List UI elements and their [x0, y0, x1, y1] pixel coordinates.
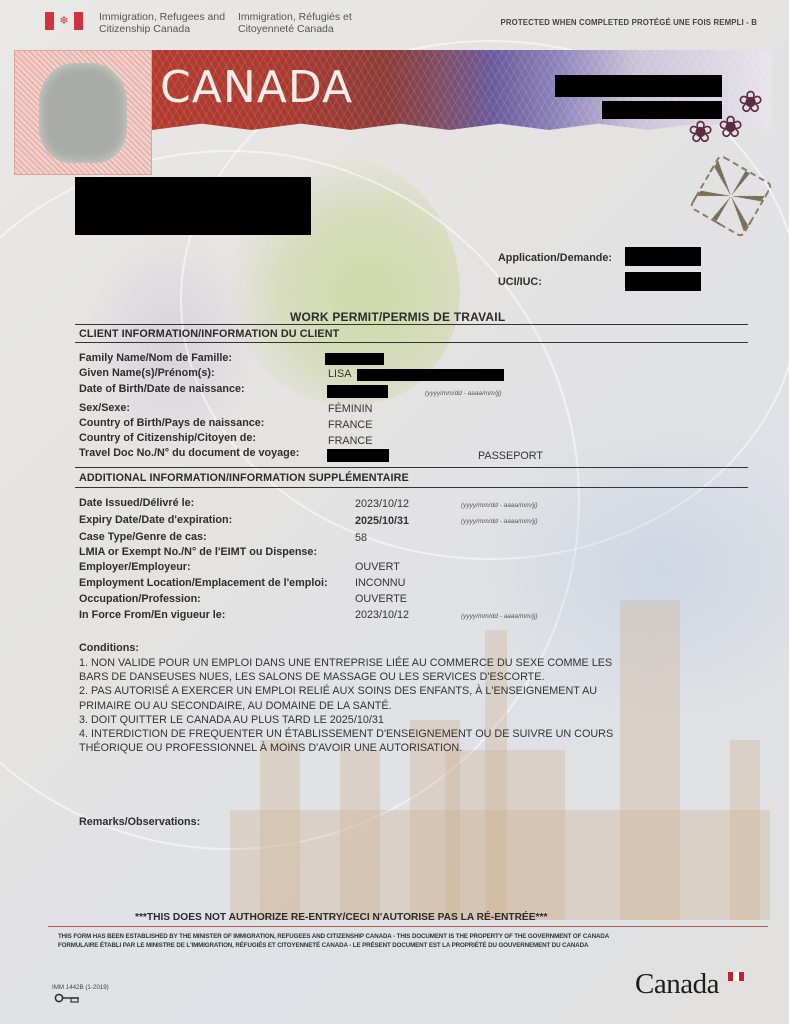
case-type-value: 58 [355, 532, 367, 544]
key-icon [54, 993, 80, 1003]
date-issued-label: Date Issued/Délivré le: [79, 497, 194, 509]
department-name-en: Immigration, Refugees and Citizenship Ca… [99, 12, 225, 35]
divider [75, 324, 748, 325]
country-of-birth-label: Country of Birth/Pays de naissance: [79, 417, 264, 429]
canada-flag-icon: ❄ [45, 12, 83, 30]
date-issued-value: 2023/10/12 [355, 498, 409, 510]
travel-doc-type: PASSEPORT [478, 450, 543, 462]
application-number-redacted [625, 247, 701, 266]
canada-flag-icon [728, 972, 744, 981]
redacted-field [555, 75, 722, 97]
date-format-hint: (yyyy/mm/dd - aaaa/mm/jj) [425, 390, 502, 397]
department-name-fr: Immigration, Réfugiés et Citoyenneté Can… [238, 12, 352, 35]
given-name-redacted [357, 369, 504, 381]
employment-location-value: INCONNU [355, 577, 405, 589]
country-of-birth-value: FRANCE [328, 419, 372, 431]
travel-doc-redacted [327, 449, 389, 462]
travel-doc-label: Travel Doc No./N° du document de voyage: [79, 447, 299, 459]
family-name-label: Family Name/Nom de Famille: [79, 352, 232, 364]
ghost-portrait [39, 63, 127, 163]
divider [75, 467, 748, 468]
banner-title: CANADA [160, 62, 353, 113]
application-label: Application/Demande: [498, 252, 612, 264]
form-id: IMM 1442B (1-2019) [52, 984, 109, 991]
legal-notice-fr: FORMULAIRE ÉTABLI PAR LE MINISTRE DE L'I… [58, 942, 758, 949]
maple-leaf-icon: ❀ [688, 118, 713, 148]
date-format-hint: (yyyy/mm/dd - aaaa/mm/jj) [461, 502, 538, 509]
conditions-heading: Conditions: [79, 642, 139, 654]
additional-info-heading: ADDITIONAL INFORMATION/INFORMATION SUPPL… [79, 472, 409, 484]
condition-line: PRIMAIRE OU AU SECONDAIRE, AU DOMAINE DE… [79, 699, 689, 713]
condition-line: 4. INTERDICTION DE FREQUENTER UN ÉTABLIS… [79, 727, 689, 741]
reentry-rule [48, 926, 768, 927]
conditions-list: 1. NON VALIDE POUR UN EMPLOI DANS UNE EN… [79, 656, 689, 755]
lmia-label: LMIA or Exempt No./N° de l'EIMT ou Dispe… [79, 546, 317, 558]
occupation-value: OUVERTE [355, 593, 407, 605]
occupation-label: Occupation/Profession: [79, 593, 201, 605]
condition-line: THÉORIQUE OU PROFESSIONNEL À MOINS D'AVO… [79, 741, 689, 755]
citizenship-value: FRANCE [328, 435, 372, 447]
ghost-portrait-frame [14, 50, 152, 175]
uci-label: UCI/IUC: [498, 276, 542, 288]
expiry-date-label: Expiry Date/Date d'expiration: [79, 514, 232, 526]
given-name-label: Given Name(s)/Prénom(s): [79, 367, 215, 379]
case-type-label: Case Type/Genre de cas: [79, 531, 207, 543]
date-format-hint: (yyyy/mm/dd - aaaa/mm/jj) [461, 518, 538, 525]
sex-value: FÉMININ [328, 403, 372, 415]
in-force-from-value: 2023/10/12 [355, 609, 409, 621]
condition-line: BARS DE DANSEUSES NUES, LES SALONS DE MA… [79, 670, 689, 684]
condition-line: 1. NON VALIDE POUR UN EMPLOI DANS UNE EN… [79, 656, 689, 670]
uci-number-redacted [625, 272, 701, 291]
maple-leaf-icon: ❀ [718, 113, 743, 143]
employment-location-label: Employment Location/Emplacement de l'emp… [79, 577, 328, 589]
sex-label: Sex/Sexe: [79, 402, 130, 414]
remarks-label: Remarks/Observations: [79, 816, 200, 828]
divider [75, 342, 748, 343]
date-format-hint: (yyyy/mm/dd - aaaa/mm/jj) [461, 613, 538, 620]
given-name-value: LISA [328, 368, 351, 380]
divider [75, 487, 748, 488]
redacted-name-block [75, 177, 311, 235]
canada-wordmark: Canada [635, 968, 719, 1001]
client-info-heading: CLIENT INFORMATION/INFORMATION DU CLIENT [79, 328, 339, 340]
condition-line: 2. PAS AUTORISÉ A EXERCER UN EMPLOI RELI… [79, 684, 689, 698]
document-title: WORK PERMIT/PERMIS DE TRAVAIL [290, 310, 505, 324]
expiry-date-value: 2025/10/31 [355, 515, 409, 527]
legal-notice-en: THIS FORM HAS BEEN ESTABLISHED BY THE MI… [58, 933, 758, 940]
reentry-notice: ***THIS DOES NOT AUTHORIZE RE-ENTRY/CECI… [135, 912, 547, 923]
family-name-redacted [325, 353, 384, 365]
parliament-illustration [230, 600, 770, 920]
employer-value: OUVERT [355, 561, 400, 573]
employer-label: Employer/Employeur: [79, 561, 191, 573]
date-of-birth-label: Date of Birth/Date de naissance: [79, 383, 245, 395]
in-force-from-label: In Force From/En vigueur le: [79, 609, 225, 621]
protected-notice: PROTECTED WHEN COMPLETED PROTÉGÉ UNE FOI… [501, 18, 757, 27]
citizenship-label: Country of Citizenship/Citoyen de: [79, 432, 256, 444]
condition-line: 3. DOIT QUITTER LE CANADA AU PLUS TARD L… [79, 713, 689, 727]
date-of-birth-redacted [327, 385, 388, 398]
